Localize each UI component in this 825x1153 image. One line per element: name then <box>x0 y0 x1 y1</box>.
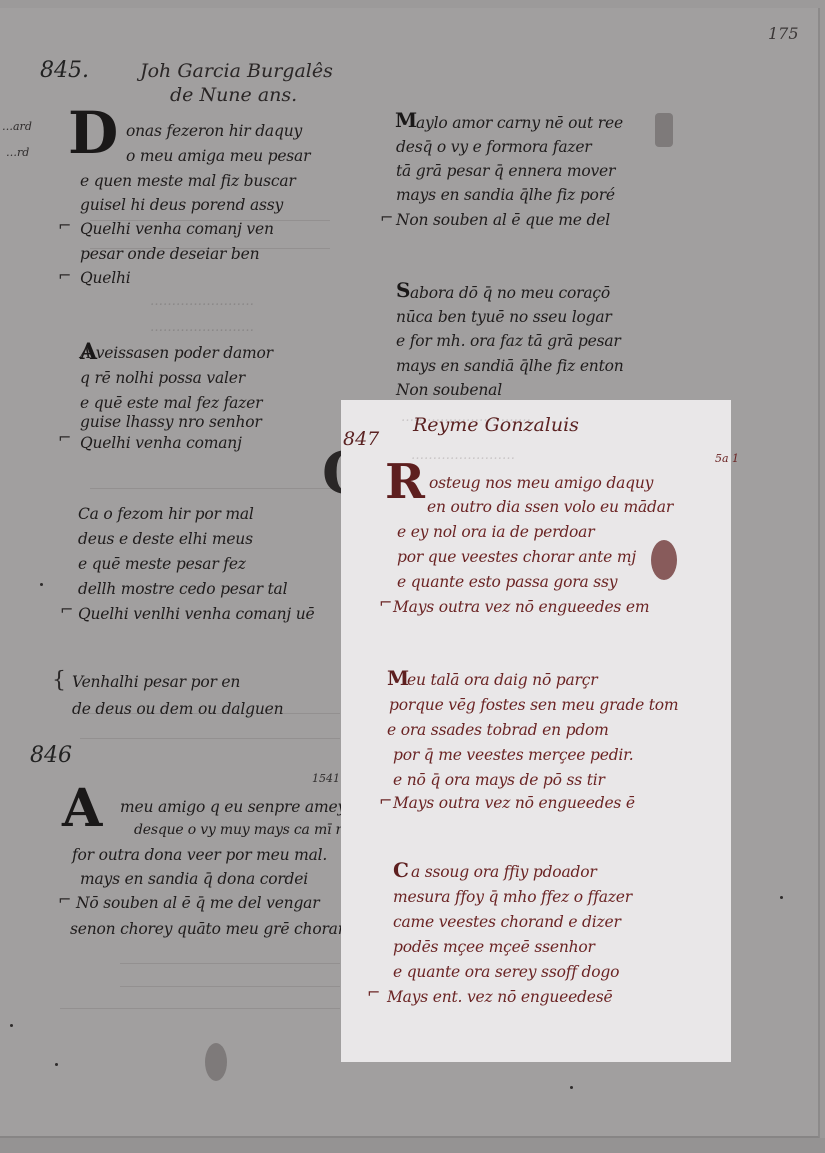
ink-blot <box>651 540 677 580</box>
verse-line: guise lhassy nro senhor <box>80 413 262 431</box>
verse-line: desque o vy muy mays ca mī ne al <box>134 822 369 838</box>
verse-line: en outro dia ssen volo eu mādar <box>427 498 673 516</box>
verse-line: Mays ent. vez nō engueedesē <box>387 988 612 1006</box>
verse-line: Nō souben al ē q̄ me del vengar <box>76 894 319 912</box>
speck <box>55 1063 58 1066</box>
verse-line: Mays outra vez nō engueedes em <box>393 598 649 616</box>
poem-number: 845. <box>40 58 89 83</box>
paragraph-mark: ⌐ <box>58 266 71 285</box>
paragraph-mark: ⌐ <box>379 791 392 810</box>
ruling-line <box>90 488 340 489</box>
verse-line: e quen meste mal fiz buscar <box>80 172 296 190</box>
folio-number: 175 <box>768 24 799 43</box>
verse-line: Quelhi venlhi venha comanj uē <box>78 605 315 623</box>
verse-line: mays en sandia q̄lhe fiz poré <box>396 186 615 204</box>
verse-line: tā grā pesar q̄ ennera mover <box>396 162 615 180</box>
verse-line: osteug nos meu amigo daquy <box>429 474 653 492</box>
verse-line: de deus ou dem ou dalguen <box>72 700 283 718</box>
verse-line: podēs mçee mçeē ssenhor <box>393 938 595 956</box>
brace-mark: { <box>52 668 66 693</box>
bleed-through-text: …………………… <box>411 448 515 463</box>
ruling-line <box>60 1008 340 1009</box>
margin-note: 1541 <box>312 772 340 785</box>
paragraph-mark: ⌐ <box>379 593 392 612</box>
verse-line: Quelhi <box>80 269 131 287</box>
speck <box>570 1086 573 1089</box>
verse-line: e quē meste pesar fez <box>78 555 246 573</box>
speck <box>780 896 783 899</box>
verse-line: senon chorey quāto meu grē chorar <box>70 920 345 938</box>
author-heading: de Nune ans. <box>170 84 297 106</box>
paragraph-mark: ⌐ <box>58 216 71 235</box>
verse-line: came veestes chorand e dizer <box>393 913 621 931</box>
verse-line: desq̄ o vy e formora fazer <box>396 138 592 156</box>
poem-number: 847 <box>343 428 379 450</box>
verse-line: Non souben al ē que me del <box>396 211 610 229</box>
verse-line: a ssoug ora ffiy pdoador <box>411 863 597 881</box>
decorated-initial: A <box>62 783 102 835</box>
verse-line: onas fezeron hir daquy <box>126 122 302 140</box>
verse-line: porque vēg fostes sen meu grade tom <box>389 696 678 714</box>
verse-line: e ey nol ora ia de perdoar <box>397 523 594 541</box>
paragraph-mark: ⌐ <box>58 890 71 909</box>
ink-blot <box>655 113 673 147</box>
verse-line: eu talā ora daig nō parçr <box>407 671 597 689</box>
stanza-initial: M <box>395 110 417 130</box>
paragraph-mark: ⌐ <box>60 600 73 619</box>
verse-line: abora dō q̄ no meu coraçō <box>410 284 610 302</box>
verse-line: Quelhi venha comanj <box>80 434 242 452</box>
verse-line: deus e deste elhi meus <box>78 530 253 548</box>
verse-line: e quē este mal fez fazer <box>80 394 262 412</box>
verse-line: Ca o fezom hir por mal <box>78 505 254 523</box>
highlighted-poem-847[interactable]: ………………………… …………………… Reyme Gonzaluis 847 … <box>341 400 731 1062</box>
stanza-initial: C <box>393 860 409 880</box>
speck <box>10 1024 13 1027</box>
verse-line: e quante ora serey ssoff dogo <box>393 963 619 981</box>
verse-line: meu amigo q eu senpre amey <box>120 798 346 816</box>
verse-line: por q̄ me veestes merçee pedir. <box>393 746 633 764</box>
verse-line: e quante esto passa gora ssy <box>397 573 617 591</box>
verse-line: e for mh. ora faz tā grā pesar <box>396 332 621 350</box>
poem-number: 846 <box>30 743 72 768</box>
verse-line: e ora ssades tobrad en pdom <box>387 721 609 739</box>
paragraph-mark: ⌐ <box>58 428 71 447</box>
ruling-line <box>120 963 340 964</box>
paragraph-mark: ⌐ <box>367 983 380 1002</box>
margin-note: …ard <box>2 120 32 133</box>
ruling-line <box>80 738 340 739</box>
margin-note: 5a 1 <box>715 452 739 465</box>
margin-note: …rd <box>6 146 29 159</box>
paragraph-mark: ⌐ <box>380 208 393 227</box>
verse-line: Non soubenal <box>396 381 502 399</box>
bleed-through-text: …………………… <box>150 320 254 335</box>
verse-line: nūca ben tyuē no sseu logar <box>396 308 612 326</box>
bleed-through-text: …………………… <box>150 294 254 309</box>
author-heading: Joh Garcia Burgalês <box>140 60 333 82</box>
verse-line: Mays outra vez nō engueedes ē <box>393 794 635 812</box>
decorated-initial: D <box>68 104 118 162</box>
verse-line: pesar onde deseiar ben <box>80 245 259 263</box>
verse-line: mays en sandiā q̄lhe fiz enton <box>396 357 624 375</box>
verse-line: A veissasen poder damor <box>80 344 273 362</box>
verse-line: o meu amiga meu pesar <box>126 147 310 165</box>
decorated-initial: R <box>385 458 425 506</box>
ruling-line <box>120 986 340 987</box>
verse-line: mays en sandia q̄ dona cordei <box>80 870 308 888</box>
verse-line: aylo amor carny nē out ree <box>416 114 623 132</box>
stanza-initial: M <box>387 668 409 688</box>
verse-line: for outra dona veer por meu mal. <box>72 846 327 864</box>
verse-line: Quelhi venha comanj ven <box>80 220 274 238</box>
verse-line: guisel hi deus porend assy <box>80 196 283 214</box>
author-heading: Reyme Gonzaluis <box>413 414 579 436</box>
page-edge <box>0 1138 825 1153</box>
verse-line: e nō q̄ ora mays de pō ss tir <box>393 771 605 789</box>
stanza-initial: S <box>396 280 410 300</box>
verse-line: por que veestes chorar ante mj <box>397 548 636 566</box>
speck <box>40 583 43 586</box>
verse-line: mesura ffoy q̄ mho ffez o ffazer <box>393 888 632 906</box>
verse-line: dellh mostre cedo pesar tal <box>78 580 287 598</box>
verse-line: Venhalhi pesar por en <box>72 673 240 691</box>
stain <box>205 1043 227 1081</box>
verse-line: q rē nolhi possa valer <box>80 369 245 387</box>
